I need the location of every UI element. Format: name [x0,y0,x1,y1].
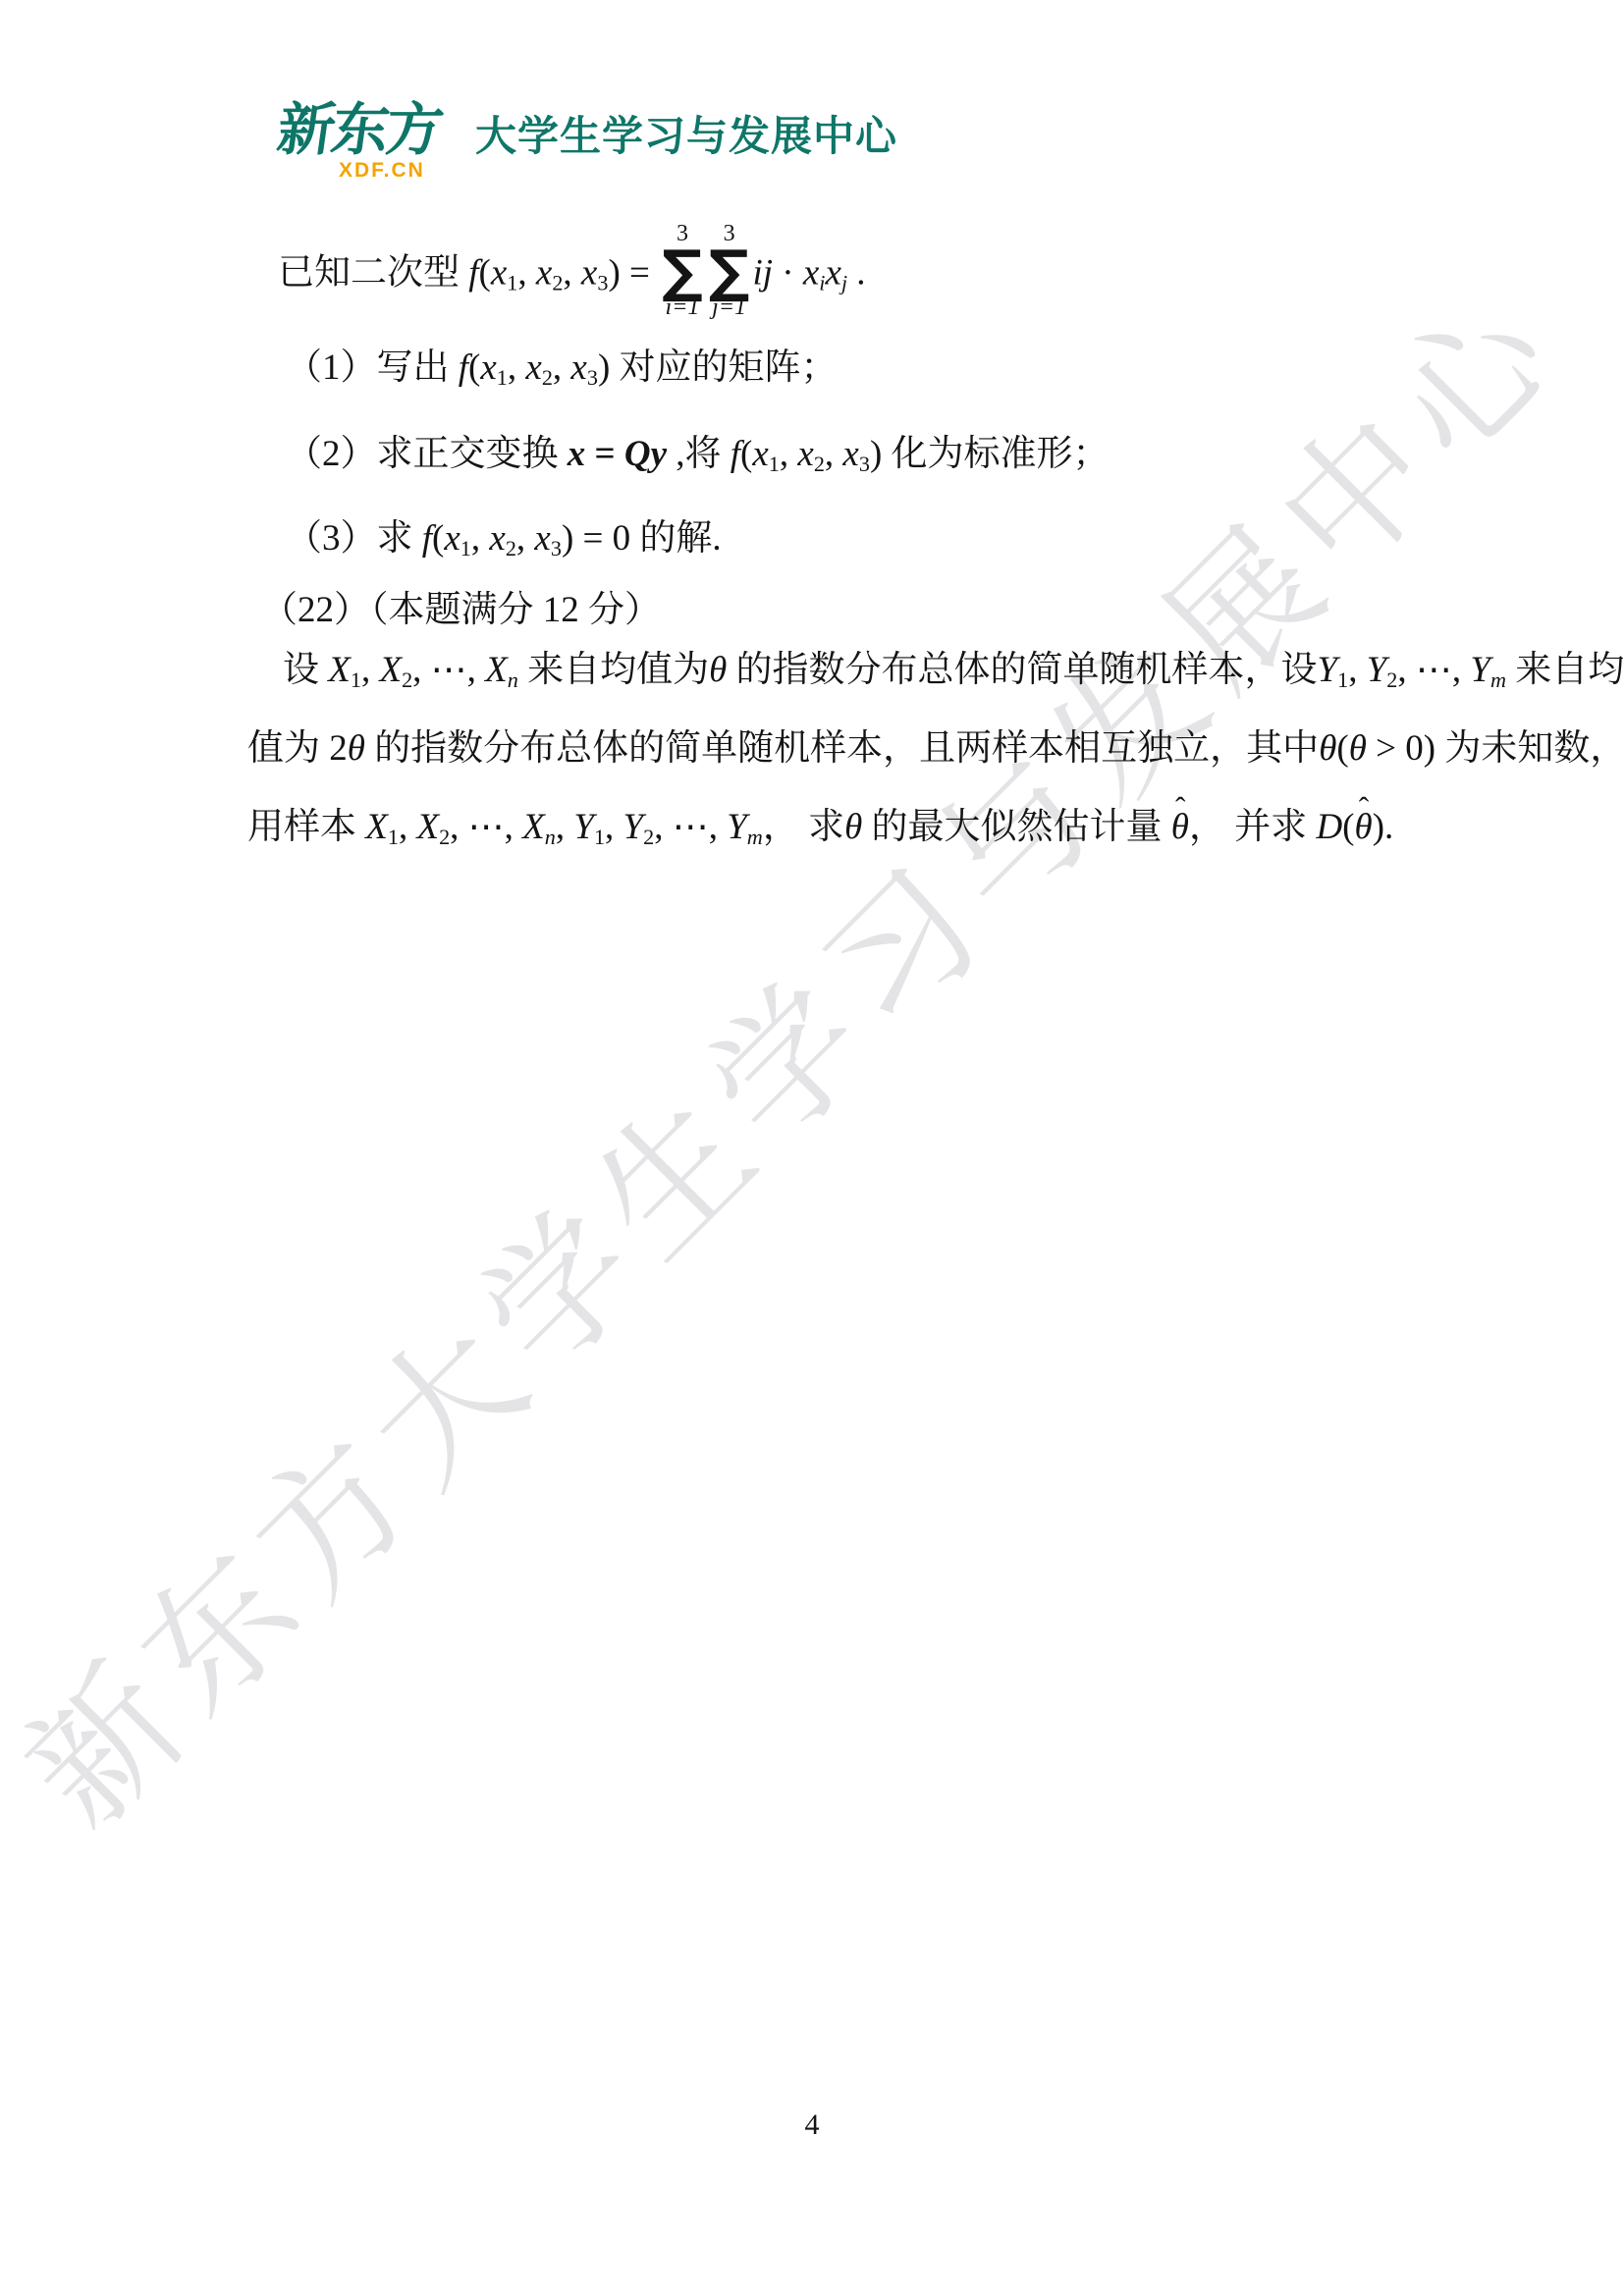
problem-item-3: （3）求 f(x1, x2, x3) = 0 的解. [286,516,722,562]
question-22-heading: （22）（本题满分 12 分） [261,588,661,633]
xdf-logo-wordmark: 新东方 [274,102,444,159]
question-22-paragraph-line-3: 用样本 X1, X2, ⋯, Xn, Y1, Y2, ⋯, Ym， 求θ 的最大… [247,805,1393,851]
brand-header: 新东方 XDF.CN 大学生学习与发展中心 [278,102,897,179]
problem-intro-formula: 已知二次型 f(x1, x2, x3) = 3∑i=13∑j=1ij · xix… [278,228,866,324]
problem-item-1: （1）写出 f(x1, x2, x3) 对应的矩阵； [286,346,838,392]
xdf-logo: 新东方 XDF.CN [278,102,440,179]
question-22-paragraph-line-2: 值为 2θ 的指数分布总体的简单随机样本，且两样本相互独立，其中θ(θ > 0)… [247,726,1624,772]
document-page: 新东方大学生学习与发展中心 新东方 XDF.CN 大学生学习与发展中心 已知二次… [0,0,1624,2296]
diagonal-watermark: 新东方大学生学习与发展中心 [0,237,1599,1863]
xdf-logo-domain: XDF.CN [339,160,425,181]
question-22-paragraph-line-1: 设 X1, X2, ⋯, Xn 来自均值为θ 的指数分布总体的简单随机样本，设Y… [283,648,1624,694]
header-title: 大学生学习与发展中心 [475,104,897,177]
page-number: 4 [0,2109,1624,2142]
theta-hat-symbol: ˆθ [1171,805,1189,850]
summation-symbol: 3∑i=1 [662,223,703,319]
summation-symbol: 3∑j=1 [709,223,750,319]
theta-hat-symbol: ˆθ [1355,805,1373,850]
problem-item-2: （2）求正交变换 x = Qy ,将 f(x1, x2, x3) 化为标准形； [286,432,1110,478]
